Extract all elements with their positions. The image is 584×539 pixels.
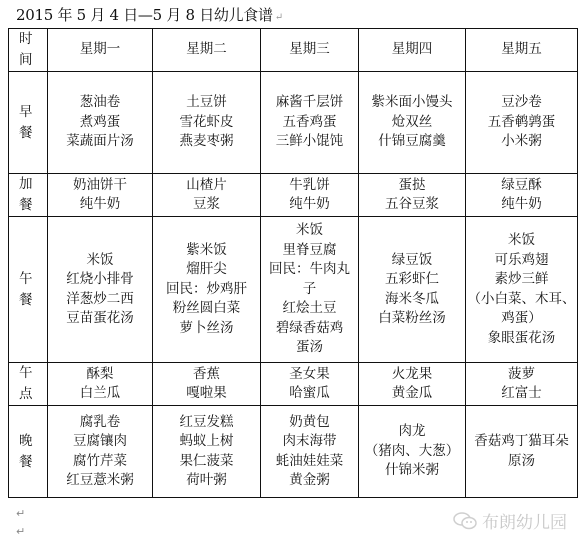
dish-item: 五彩虾仁 bbox=[359, 270, 465, 290]
dish-item: 什锦豆腐羹 bbox=[359, 132, 465, 152]
dish-item: 蛋挞 bbox=[359, 176, 465, 196]
dish-item: 萝卜丝汤 bbox=[153, 319, 260, 339]
dish-item: 牛乳饼 bbox=[261, 176, 358, 196]
meal-label-line: 餐 bbox=[19, 123, 47, 144]
header-row: 时 间 星期一 星期二 星期三 星期四 星期五 bbox=[9, 29, 578, 72]
dish-item: 腐竹芹菜 bbox=[48, 452, 152, 472]
paragraph-mark: ↵ bbox=[16, 525, 25, 538]
meal-row-afternoon-snack: 午点酥梨白兰瓜香蕉嘎啦果圣女果哈蜜瓜火龙果黄金瓜菠萝红富士 bbox=[9, 363, 578, 406]
dish-item: 黄金粥 bbox=[261, 471, 358, 491]
meal-label-cell: 加餐 bbox=[9, 174, 48, 217]
corner-header-line: 时 bbox=[19, 29, 47, 50]
menu-cell-snack-tue: 山楂片豆浆 bbox=[153, 174, 261, 217]
dish-item: 熘肝尖 bbox=[153, 260, 260, 280]
dish-item: 菠萝 bbox=[466, 365, 577, 385]
dish-item: 素炒三鲜 bbox=[466, 270, 577, 290]
dish-item: 碧绿香菇鸡 bbox=[261, 319, 358, 339]
meal-label-line: 点 bbox=[19, 384, 47, 405]
menu-cell-lunch-thu: 绿豆饭五彩虾仁海米冬瓜白菜粉丝汤 bbox=[359, 217, 466, 363]
dish-item: 荷叶粥 bbox=[153, 471, 260, 491]
meal-label-line: 餐 bbox=[19, 452, 47, 473]
menu-cell-afternoon-snack-tue: 香蕉嘎啦果 bbox=[153, 363, 261, 406]
dish-item: 肉龙 bbox=[359, 422, 465, 442]
dish-item: 雪花虾皮 bbox=[153, 113, 260, 133]
corner-header-line: 间 bbox=[19, 50, 47, 71]
dish-item: （小白菜、木耳、 bbox=[466, 290, 577, 310]
meal-label-line: 餐 bbox=[19, 290, 47, 311]
dish-item: 香蕉 bbox=[153, 365, 260, 385]
dish-item: 海米冬瓜 bbox=[359, 290, 465, 310]
dish-item: 豆苗蛋花汤 bbox=[48, 309, 152, 329]
meal-label-line: 餐 bbox=[19, 195, 47, 216]
paragraph-mark: ↵ bbox=[16, 507, 25, 520]
dish-item: 果仁菠菜 bbox=[153, 452, 260, 472]
meal-row-snack: 加餐奶油饼干纯牛奶山楂片豆浆牛乳饼纯牛奶蛋挞五谷豆浆绿豆酥纯牛奶 bbox=[9, 174, 578, 217]
menu-cell-snack-wed: 牛乳饼纯牛奶 bbox=[261, 174, 359, 217]
menu-cell-afternoon-snack-fri: 菠萝红富士 bbox=[466, 363, 578, 406]
dish-item: 回民：牛肉丸 bbox=[261, 260, 358, 280]
dish-item: 鸡蛋） bbox=[466, 309, 577, 329]
dish-item: 红豆发糕 bbox=[153, 413, 260, 433]
dish-item: 奶黄包 bbox=[261, 413, 358, 433]
menu-cell-lunch-fri: 米饭可乐鸡翅素炒三鲜（小白菜、木耳、鸡蛋）象眼蛋花汤 bbox=[466, 217, 578, 363]
dish-item: 五香鹌鹑蛋 bbox=[466, 113, 577, 133]
day-header-wed: 星期三 bbox=[261, 29, 359, 72]
dish-item: 纯牛奶 bbox=[48, 195, 152, 215]
day-header-thu: 星期四 bbox=[359, 29, 466, 72]
dish-item: 煮鸡蛋 bbox=[48, 113, 152, 133]
wechat-icon bbox=[452, 511, 478, 531]
dish-item: 菜蔬面片汤 bbox=[48, 132, 152, 152]
dish-item: 哈蜜瓜 bbox=[261, 384, 358, 404]
day-header-fri: 星期五 bbox=[466, 29, 578, 72]
dish-item: 米饭 bbox=[466, 231, 577, 251]
dish-item: 绿豆饭 bbox=[359, 251, 465, 271]
dish-item: 纯牛奶 bbox=[261, 195, 358, 215]
dish-item: 豆沙卷 bbox=[466, 93, 577, 113]
dish-item: 洋葱炒二西 bbox=[48, 290, 152, 310]
meal-label-cell: 晚餐 bbox=[9, 406, 48, 498]
menu-cell-breakfast-wed: 麻酱千层饼五香鸡蛋三鲜小馄饨 bbox=[261, 72, 359, 174]
dish-item: 纯牛奶 bbox=[466, 195, 577, 215]
meal-row-dinner: 晚餐腐乳卷豆腐镶肉腐竹芹菜红豆薏米粥红豆发糕蚂蚁上树果仁菠菜荷叶粥奶黄包肉末海带… bbox=[9, 406, 578, 498]
dish-item: 绿豆酥 bbox=[466, 176, 577, 196]
menu-cell-afternoon-snack-thu: 火龙果黄金瓜 bbox=[359, 363, 466, 406]
dish-item: 黄金瓜 bbox=[359, 384, 465, 404]
dish-item: 米饭 bbox=[261, 221, 358, 241]
meal-label-cell: 午点 bbox=[9, 363, 48, 406]
watermark: 布朗幼儿园 bbox=[452, 508, 567, 533]
dish-item: 葱油卷 bbox=[48, 93, 152, 113]
dish-item: 白兰瓜 bbox=[48, 384, 152, 404]
dish-item: 土豆饼 bbox=[153, 93, 260, 113]
menu-cell-lunch-wed: 米饭里脊豆腐回民：牛肉丸子红烩土豆碧绿香菇鸡蛋汤 bbox=[261, 217, 359, 363]
corner-header-cell: 时 间 bbox=[9, 29, 48, 72]
menu-cell-dinner-wed: 奶黄包肉末海带蚝油娃娃菜黄金粥 bbox=[261, 406, 359, 498]
dish-item: 蛋汤 bbox=[261, 338, 358, 358]
dish-item: 山楂片 bbox=[153, 176, 260, 196]
dish-item: 紫米饭 bbox=[153, 241, 260, 261]
menu-cell-snack-thu: 蛋挞五谷豆浆 bbox=[359, 174, 466, 217]
day-header-mon: 星期一 bbox=[48, 29, 153, 72]
meal-label-line: 午 bbox=[19, 363, 47, 384]
dish-item: 三鲜小馄饨 bbox=[261, 132, 358, 152]
document-title: 2015 年 5 月 4 日—5 月 8 日幼儿食谱↵ bbox=[16, 6, 283, 27]
meal-label-line: 早 bbox=[19, 102, 47, 123]
dish-item: 燕麦枣粥 bbox=[153, 132, 260, 152]
dish-item: 奶油饼干 bbox=[48, 176, 152, 196]
menu-cell-snack-mon: 奶油饼干纯牛奶 bbox=[48, 174, 153, 217]
dish-item: 嘎啦果 bbox=[153, 384, 260, 404]
dish-item: 原汤 bbox=[466, 452, 577, 472]
menu-cell-lunch-tue: 紫米饭熘肝尖回民：炒鸡肝粉丝圆白菜萝卜丝汤 bbox=[153, 217, 261, 363]
dish-item: 五谷豆浆 bbox=[359, 195, 465, 215]
meal-label-line: 加 bbox=[19, 174, 47, 195]
dish-item: 什锦米粥 bbox=[359, 461, 465, 481]
dish-item: 麻酱千层饼 bbox=[261, 93, 358, 113]
menu-cell-dinner-mon: 腐乳卷豆腐镶肉腐竹芹菜红豆薏米粥 bbox=[48, 406, 153, 498]
dish-item: 肉末海带 bbox=[261, 432, 358, 452]
dish-item: 炝双丝 bbox=[359, 113, 465, 133]
menu-cell-breakfast-tue: 土豆饼雪花虾皮燕麦枣粥 bbox=[153, 72, 261, 174]
menu-cell-dinner-tue: 红豆发糕蚂蚁上树果仁菠菜荷叶粥 bbox=[153, 406, 261, 498]
menu-cell-afternoon-snack-wed: 圣女果哈蜜瓜 bbox=[261, 363, 359, 406]
menu-cell-afternoon-snack-mon: 酥梨白兰瓜 bbox=[48, 363, 153, 406]
menu-cell-breakfast-fri: 豆沙卷五香鹌鹑蛋小米粥 bbox=[466, 72, 578, 174]
day-header-tue: 星期二 bbox=[153, 29, 261, 72]
dish-item: 回民：炒鸡肝 bbox=[153, 280, 260, 300]
title-text: 2015 年 5 月 4 日—5 月 8 日幼儿食谱 bbox=[16, 6, 273, 24]
dish-item: 紫米面小馒头 bbox=[359, 93, 465, 113]
dish-item: 火龙果 bbox=[359, 365, 465, 385]
dish-item: 米饭 bbox=[48, 251, 152, 271]
dish-item: 红豆薏米粥 bbox=[48, 471, 152, 491]
dish-item: 腐乳卷 bbox=[48, 413, 152, 433]
menu-cell-dinner-thu: 肉龙（猪肉、大葱）什锦米粥 bbox=[359, 406, 466, 498]
meal-label-line: 午 bbox=[19, 269, 47, 290]
dish-item: 蚂蚁上树 bbox=[153, 432, 260, 452]
dish-item: 象眼蛋花汤 bbox=[466, 329, 577, 349]
dish-item: 豆腐镶肉 bbox=[48, 432, 152, 452]
dish-item: 红富士 bbox=[466, 384, 577, 404]
meal-row-breakfast: 早餐葱油卷煮鸡蛋菜蔬面片汤土豆饼雪花虾皮燕麦枣粥麻酱千层饼五香鸡蛋三鲜小馄饨紫米… bbox=[9, 72, 578, 174]
dish-item: 蚝油娃娃菜 bbox=[261, 452, 358, 472]
dish-item: 圣女果 bbox=[261, 365, 358, 385]
menu-cell-lunch-mon: 米饭红烧小排骨洋葱炒二西豆苗蛋花汤 bbox=[48, 217, 153, 363]
dish-item: 酥梨 bbox=[48, 365, 152, 385]
weekly-menu-table: 时 间 星期一 星期二 星期三 星期四 星期五 早餐葱油卷煮鸡蛋菜蔬面片汤土豆饼… bbox=[8, 28, 578, 498]
watermark-text: 布朗幼儿园 bbox=[482, 508, 567, 533]
dish-item: 红烧小排骨 bbox=[48, 270, 152, 290]
dish-item: 粉丝圆白菜 bbox=[153, 299, 260, 319]
menu-cell-snack-fri: 绿豆酥纯牛奶 bbox=[466, 174, 578, 217]
meal-row-lunch: 午餐米饭红烧小排骨洋葱炒二西豆苗蛋花汤紫米饭熘肝尖回民：炒鸡肝粉丝圆白菜萝卜丝汤… bbox=[9, 217, 578, 363]
dish-item: 豆浆 bbox=[153, 195, 260, 215]
menu-cell-breakfast-thu: 紫米面小馒头炝双丝什锦豆腐羹 bbox=[359, 72, 466, 174]
meal-label-line: 晚 bbox=[19, 431, 47, 452]
dish-item: 子 bbox=[261, 280, 358, 300]
dish-item: 可乐鸡翅 bbox=[466, 251, 577, 271]
dish-item: 白菜粉丝汤 bbox=[359, 309, 465, 329]
dish-item: 红烩土豆 bbox=[261, 299, 358, 319]
meal-label-cell: 早餐 bbox=[9, 72, 48, 174]
dish-item: 里脊豆腐 bbox=[261, 241, 358, 261]
menu-cell-dinner-fri: 香菇鸡丁猫耳朵原汤 bbox=[466, 406, 578, 498]
dish-item: （猪肉、大葱） bbox=[359, 442, 465, 462]
meal-label-cell: 午餐 bbox=[9, 217, 48, 363]
dish-item: 香菇鸡丁猫耳朵 bbox=[466, 432, 577, 452]
paragraph-mark: ↵ bbox=[275, 12, 283, 23]
menu-cell-breakfast-mon: 葱油卷煮鸡蛋菜蔬面片汤 bbox=[48, 72, 153, 174]
dish-item: 五香鸡蛋 bbox=[261, 113, 358, 133]
dish-item: 小米粥 bbox=[466, 132, 577, 152]
